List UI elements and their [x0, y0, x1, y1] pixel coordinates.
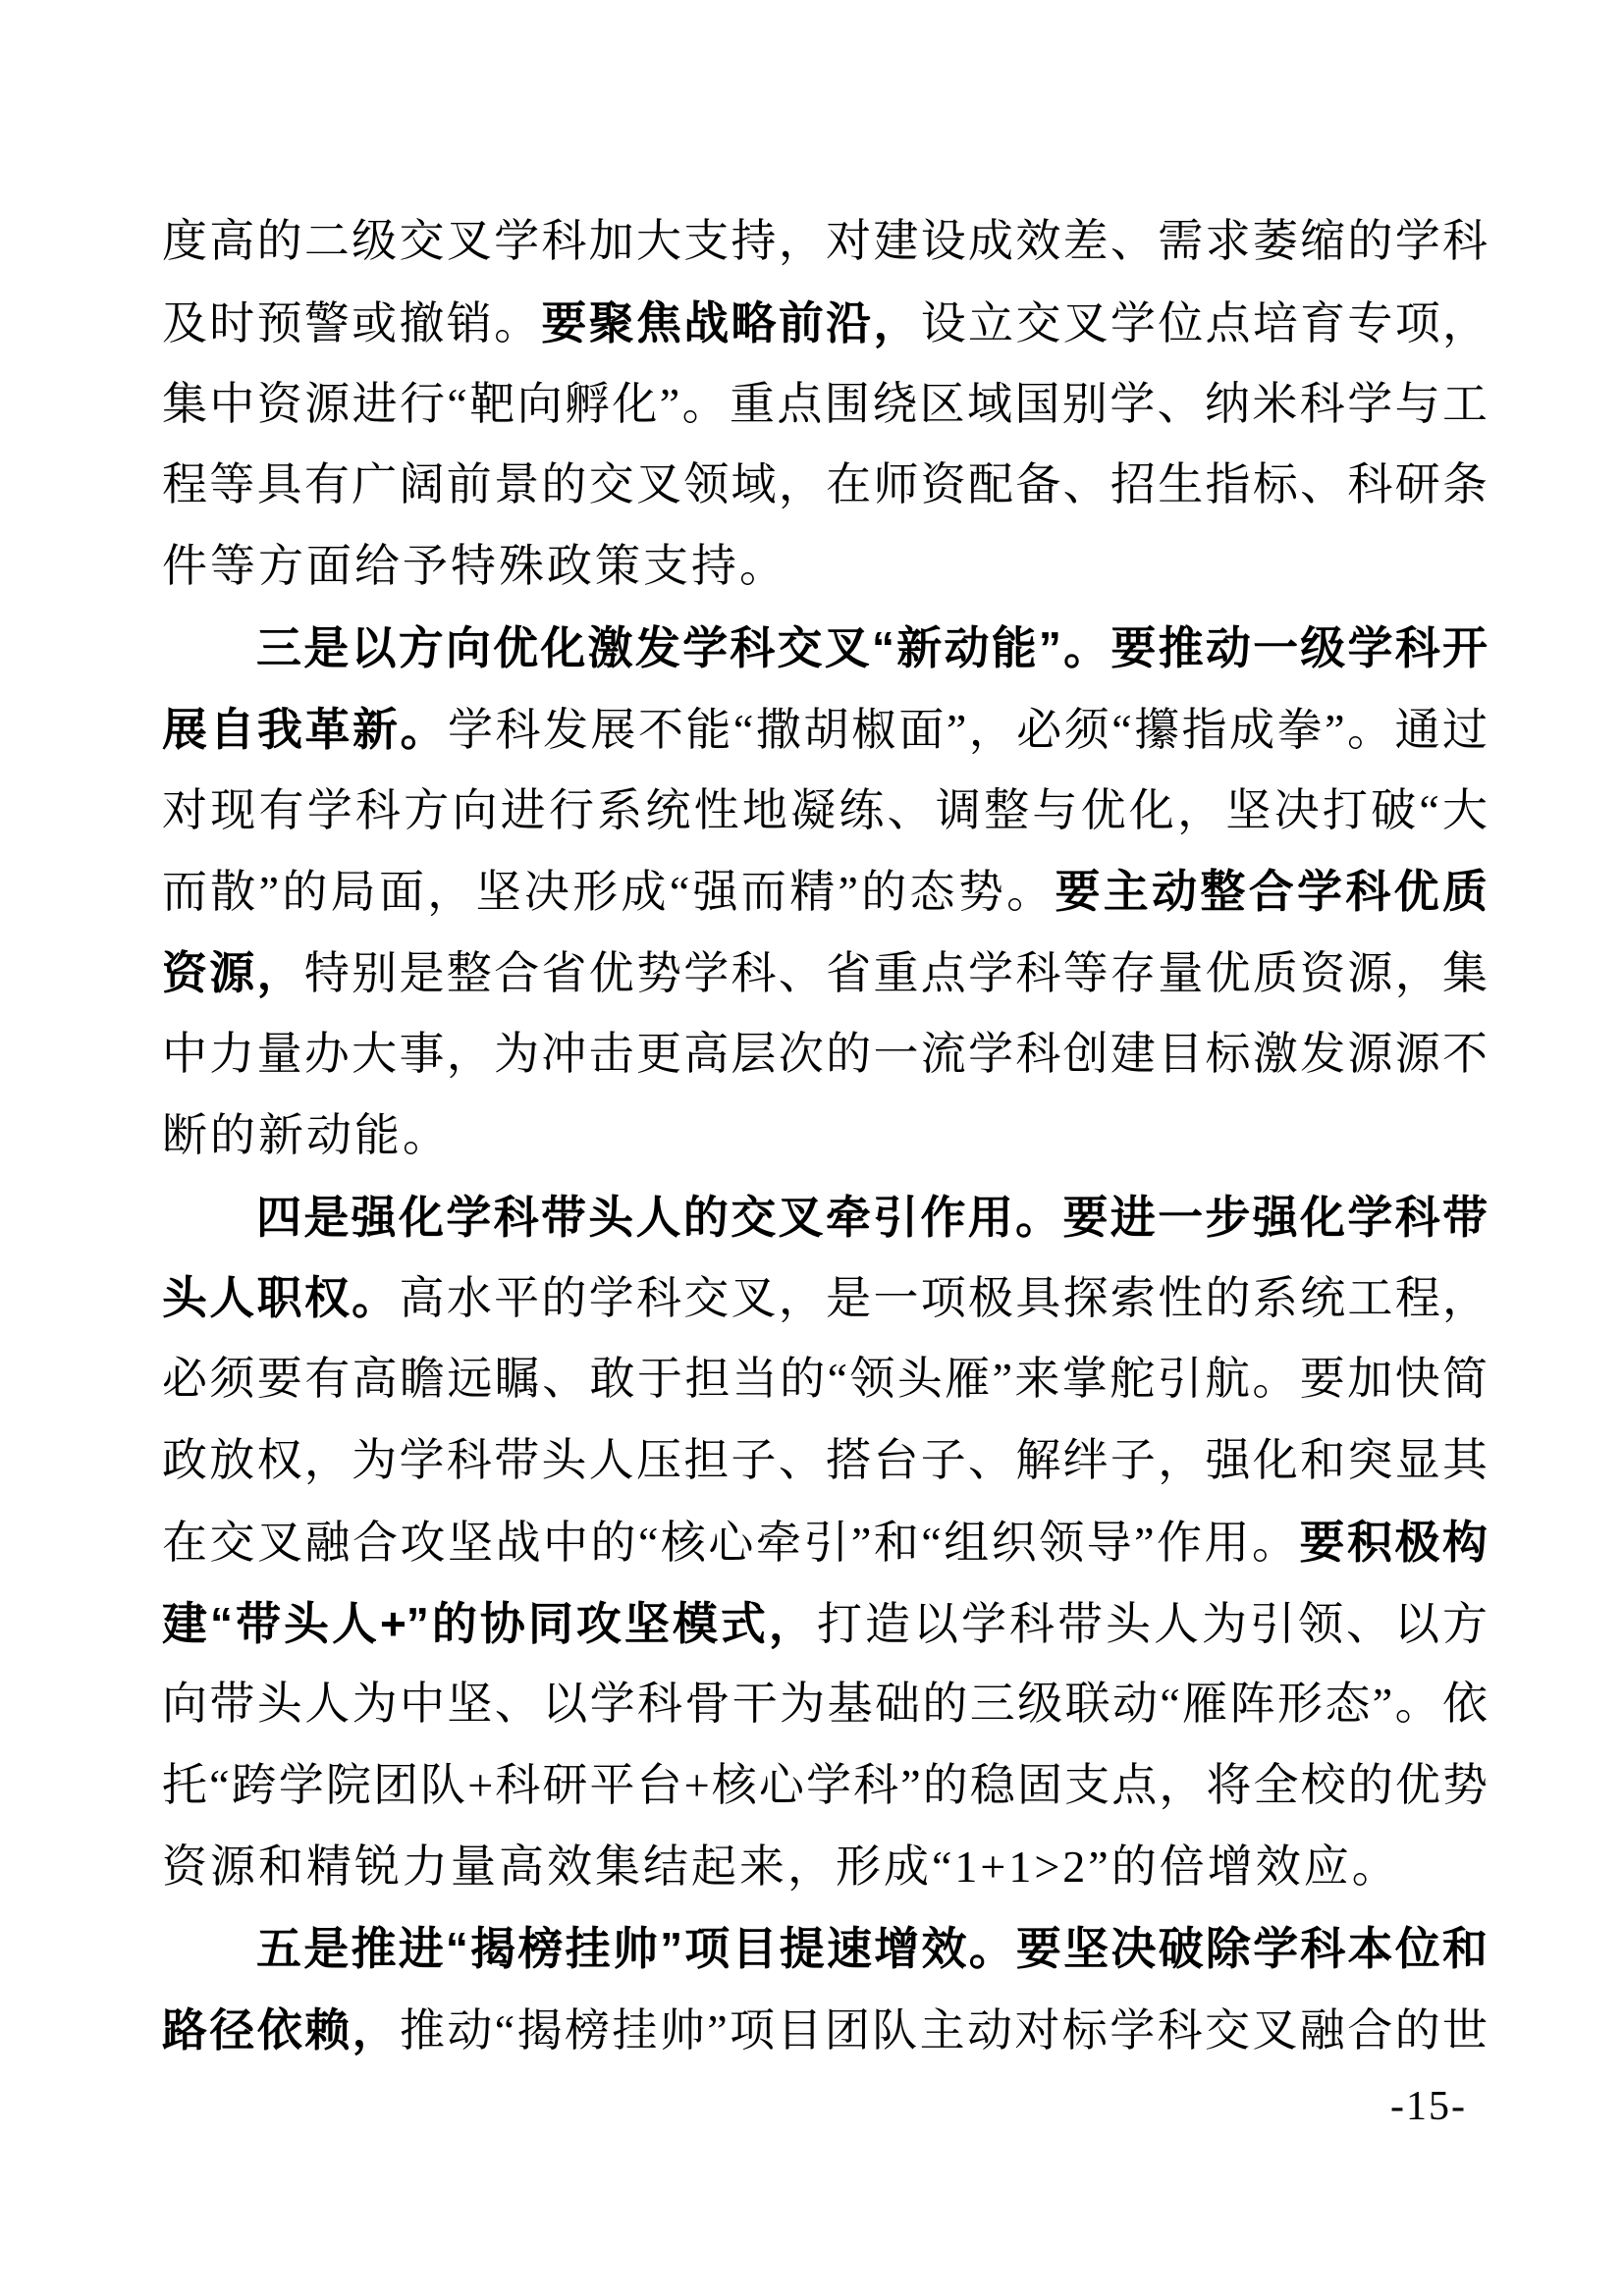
text-line: 程等具有广阔前景的交叉领域，在师资配备、招生指标、科研条 [162, 445, 1488, 526]
emphasis-text: 要主动整合学科优质 [1056, 866, 1489, 917]
text-line: 资源，特别是整合省优势学科、省重点学科等存量优质资源，集 [162, 933, 1488, 1014]
text-line: 路径依赖，推动“揭榜挂帅”项目团队主动对标学科交叉融合的世 [162, 1990, 1488, 2071]
text-line: 及时预警或撤销。要聚焦战略前沿，设立交叉学位点培育专项， [162, 283, 1488, 364]
body-text: 学科发展不能“撒胡椒面”，必须“攥指成拳”。通过 [448, 705, 1488, 755]
body-text: 政放权，为学科带头人压担子、搭台子、解绊子，强化和突显其 [162, 1435, 1488, 1485]
paragraph-4: 五是推进“揭榜挂帅”项目提速增效。要坚决破除学科本位和路径依赖，推动“揭榜挂帅”… [162, 1908, 1488, 2071]
emphasis-text: 路径依赖， [162, 2004, 400, 2056]
body-text: 度高的二级交叉学科加大支持，对建设成效差、需求萎缩的学科 [162, 216, 1488, 266]
emphasis-text: 资源， [162, 947, 304, 998]
body-text: 中力量办大事，为冲击更高层次的一流学科创建目标激发源源不 [162, 1029, 1488, 1079]
emphasis-text: 展自我革新。 [162, 704, 448, 755]
paragraph-2: 三是以方向优化激发学科交叉“新动能”。要推动一级学科开展自我革新。学科发展不能“… [162, 608, 1488, 1177]
body-text: 托“跨学院团队+科研平台+核心学科”的稳固支点，将全校的优势 [162, 1760, 1488, 1810]
emphasis-text: 要积极构 [1300, 1517, 1488, 1568]
body-text: 而散”的局面，坚决形成“强而精”的态势。 [162, 867, 1056, 917]
body-text: 集中资源进行“靶向孵化”。重点围绕区域国别学、纳米科学与工 [162, 379, 1488, 429]
body-text: 程等具有广阔前景的交叉领域，在师资配备、招生指标、科研条 [162, 459, 1488, 509]
body-text: 推动“揭榜挂帅”项目团队主动对标学科交叉融合的世 [400, 2005, 1488, 2056]
emphasis-text: 建“带头人+”的协同攻坚模式， [162, 1598, 817, 1649]
emphasis-text: 四是强化学科带头人的交叉牵引作用。要进一步强化学科带 [256, 1192, 1488, 1243]
body-text: 必须要有高瞻远瞩、敢于担当的“领头雁”来掌舵引航。要加快简 [162, 1354, 1488, 1404]
text-line: 建“带头人+”的协同攻坚模式，打造以学科带头人为引领、以方 [162, 1583, 1488, 1665]
paragraph-1: 度高的二级交叉学科加大支持，对建设成效差、需求萎缩的学科及时预警或撤销。要聚焦战… [162, 201, 1488, 608]
text-line: 而散”的局面，坚决形成“强而精”的态势。要主动整合学科优质 [162, 851, 1488, 933]
text-line: 中力量办大事，为冲击更高层次的一流学科创建目标激发源源不 [162, 1014, 1488, 1095]
page-number: -15- [1390, 2083, 1467, 2130]
emphasis-text: 五是推进“揭榜挂帅”项目提速增效。要坚决破除学科本位和 [256, 1923, 1488, 1974]
body-text: 打造以学科带头人为引领、以方 [817, 1599, 1488, 1649]
text-line: 资源和精锐力量高效集结起来，形成“1+1>2”的倍增效应。 [162, 1827, 1488, 1908]
text-line: 政放权，为学科带头人压担子、搭台子、解绊子，强化和突显其 [162, 1420, 1488, 1502]
body-text: 高水平的学科交叉，是一项极具探索性的系统工程， [399, 1273, 1488, 1323]
text-line: 断的新动能。 [162, 1095, 1488, 1177]
document-page: 度高的二级交叉学科加大支持，对建设成效差、需求萎缩的学科及时预警或撤销。要聚焦战… [0, 0, 1624, 2296]
body-text: 件等方面给予特殊政策支持。 [162, 541, 787, 591]
text-line: 对现有学科方向进行系统性地凝练、调整与优化，坚决打破“大 [162, 771, 1488, 852]
text-line: 件等方面给予特殊政策支持。 [162, 526, 1488, 608]
body-text: 断的新动能。 [162, 1110, 451, 1160]
emphasis-text: 要聚焦战略前沿， [541, 297, 920, 348]
body-text: 资源和精锐力量高效集结起来，形成“1+1>2”的倍增效应。 [162, 1842, 1400, 1892]
text-line: 度高的二级交叉学科加大支持，对建设成效差、需求萎缩的学科 [162, 201, 1488, 283]
text-line: 头人职权。高水平的学科交叉，是一项极具探索性的系统工程， [162, 1257, 1488, 1339]
text-line: 必须要有高瞻远瞩、敢于担当的“领头雁”来掌舵引航。要加快简 [162, 1339, 1488, 1420]
text-line: 展自我革新。学科发展不能“撒胡椒面”，必须“攥指成拳”。通过 [162, 689, 1488, 771]
body-text: 在交叉融合攻坚战中的“核心牵引”和“组织领导”作用。 [162, 1518, 1300, 1568]
text-block: 度高的二级交叉学科加大支持，对建设成效差、需求萎缩的学科及时预警或撤销。要聚焦战… [162, 201, 1488, 2070]
paragraph-3: 四是强化学科带头人的交叉牵引作用。要进一步强化学科带头人职权。高水平的学科交叉，… [162, 1177, 1488, 1908]
body-text: 特别是整合省优势学科、省重点学科等存量优质资源，集 [304, 948, 1488, 998]
body-text: 及时预警或撤销。 [162, 298, 541, 348]
body-text: 设立交叉学位点培育专项， [921, 298, 1488, 348]
emphasis-text: 头人职权。 [162, 1272, 399, 1323]
body-text: 对现有学科方向进行系统性地凝练、调整与优化，坚决打破“大 [162, 785, 1488, 835]
text-line: 四是强化学科带头人的交叉牵引作用。要进一步强化学科带 [162, 1177, 1488, 1258]
text-line: 向带头人为中坚、以学科骨干为基础的三级联动“雁阵形态”。依 [162, 1664, 1488, 1745]
emphasis-text: 三是以方向优化激发学科交叉“新动能”。要推动一级学科开 [256, 622, 1488, 673]
text-line: 三是以方向优化激发学科交叉“新动能”。要推动一级学科开 [162, 608, 1488, 689]
text-line: 五是推进“揭榜挂帅”项目提速增效。要坚决破除学科本位和 [162, 1908, 1488, 1990]
text-line: 在交叉融合攻坚战中的“核心牵引”和“组织领导”作用。要积极构 [162, 1502, 1488, 1583]
text-line: 集中资源进行“靶向孵化”。重点围绕区域国别学、纳米科学与工 [162, 364, 1488, 446]
body-text: 向带头人为中坚、以学科骨干为基础的三级联动“雁阵形态”。依 [162, 1679, 1488, 1729]
text-line: 托“跨学院团队+科研平台+核心学科”的稳固支点，将全校的优势 [162, 1745, 1488, 1827]
